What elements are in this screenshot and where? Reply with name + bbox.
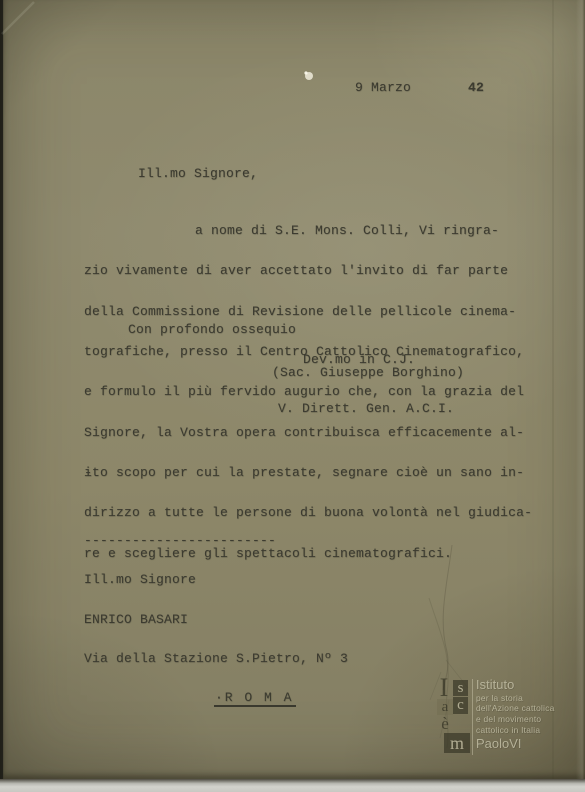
scanned-letter-page: 9 Marzo 42 Ill.mo Signore, a nome di S.E… (0, 0, 585, 792)
logo-divider-rule (472, 679, 473, 755)
body-line: della Commissione di Revisione delle pel… (84, 305, 529, 318)
logo-letter-s: s (453, 680, 468, 696)
isacem-watermark-logo: I s a c è m Istituto per la storia dell'… (436, 677, 566, 762)
page-number: 42 (468, 80, 484, 95)
signature-line-2: (Sac. Giuseppe Borghino) (272, 365, 464, 380)
recipient-salutation: Ill.mo Signore (84, 573, 348, 586)
logo-text-line: per la storia (476, 693, 523, 703)
logo-text-line: e del movimento (476, 714, 541, 724)
address-separator: ------------------------ (84, 534, 348, 547)
signature-title: V. Dirett. Gen. A.C.I. (278, 401, 454, 416)
body-line: a nome di S.E. Mons. Colli, Vi ringra- (84, 224, 529, 237)
salutation: Ill.mo Signore, (138, 166, 258, 181)
body-line: ɨto scopo per cui la prestate, segnare c… (84, 466, 529, 479)
recipient-name: ENRICO BASARI (84, 613, 348, 626)
date-text: 9 Marzo (355, 80, 411, 95)
logo-text-line: dell'Azione cattolica (476, 703, 555, 713)
logo-text-line: cattolico in Italia (476, 725, 540, 735)
recipient-city-text: ·R O M A (214, 690, 296, 707)
closing-line: Con profondo ossequio (128, 322, 296, 337)
logo-letter-m: m (444, 733, 470, 753)
body-line: e formulo il più fervido augurio che, co… (84, 385, 529, 398)
logo-text-paolovi: PaoloVI (476, 736, 522, 751)
body-line: Signore, la Vostra opera contribuisca ef… (84, 426, 529, 439)
recipient-address-block: ------------------------ Ill.mo Signore … (84, 508, 348, 731)
logo-letter-a: a (437, 699, 453, 715)
recipient-street: Via della Stazione S.Pietro, Nº 3 (84, 652, 348, 665)
body-line: zio vivamente di aver accettato l'invito… (84, 264, 529, 277)
recipient-city: ·R O M A (214, 691, 348, 704)
logo-text-istituto: Istituto (476, 677, 514, 692)
logo-letter-i: I (436, 677, 452, 699)
logo-letter-c: c (453, 697, 468, 714)
logo-letter-e: è (438, 715, 452, 733)
